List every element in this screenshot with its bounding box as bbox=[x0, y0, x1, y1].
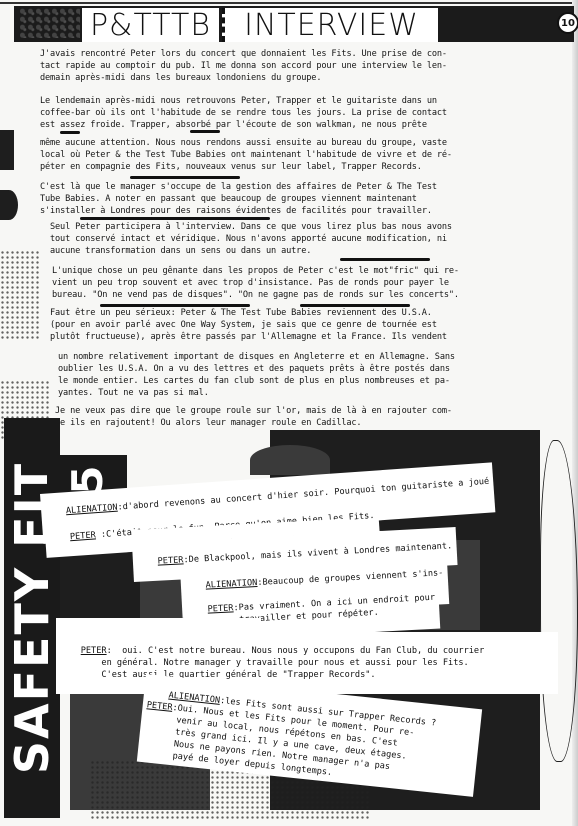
intro-paragraph-2: Le lendemain après-midi nous retrouvons … bbox=[40, 95, 447, 131]
intro-paragraph-6: L'unique chose un peu gênante dans les p… bbox=[52, 265, 459, 301]
title-interview: INTERVIEW bbox=[222, 8, 438, 42]
intro-paragraph-3: même aucune attention. Nous nous rendons… bbox=[40, 137, 452, 173]
header-texture bbox=[20, 8, 80, 38]
zine-page: P&TTTB INTERVIEW 10 J'avais rencontré Pe… bbox=[0, 0, 578, 826]
title-band-initials: P&TTTB bbox=[82, 8, 219, 42]
interview-text: : oui. C'est notre bureau. Nous nous y o… bbox=[60, 646, 484, 680]
scribble bbox=[60, 131, 80, 134]
speaker-label: PETER bbox=[81, 646, 107, 656]
intro-paragraph-9: Je ne veux pas dire que le groupe roule … bbox=[55, 405, 452, 429]
margin-ink bbox=[0, 130, 14, 170]
intro-paragraph-8: un nombre relativement important de disq… bbox=[58, 351, 455, 399]
speaker-label: PETER bbox=[70, 530, 97, 542]
speaker-label: PETER bbox=[146, 700, 173, 713]
top-rule bbox=[0, 2, 578, 4]
speaker-label: PETER bbox=[157, 555, 183, 566]
speaker-label: PETER bbox=[207, 603, 233, 614]
margin-ink bbox=[0, 190, 18, 220]
intro-paragraph-7: Faut être un peu sérieux: Peter & The Te… bbox=[50, 307, 447, 343]
intro-paragraph-5: Seul Peter participera à l'interview. Da… bbox=[50, 221, 452, 257]
scribble bbox=[340, 258, 430, 261]
intro-paragraph-4: C'est là que le manager s'occupe de la g… bbox=[40, 181, 437, 217]
interview-line-peter-4: PETER: oui. C'est notre bureau. Nous nou… bbox=[56, 632, 558, 694]
scribble bbox=[80, 217, 270, 220]
intro-paragraph-1: J'avais rencontré Peter lors du concert … bbox=[40, 48, 447, 84]
margin-halftone bbox=[0, 250, 40, 340]
scribble bbox=[190, 130, 220, 133]
scribble bbox=[130, 176, 240, 179]
page-number-badge: 10 bbox=[557, 12, 578, 34]
photo-collage-head bbox=[250, 445, 330, 475]
